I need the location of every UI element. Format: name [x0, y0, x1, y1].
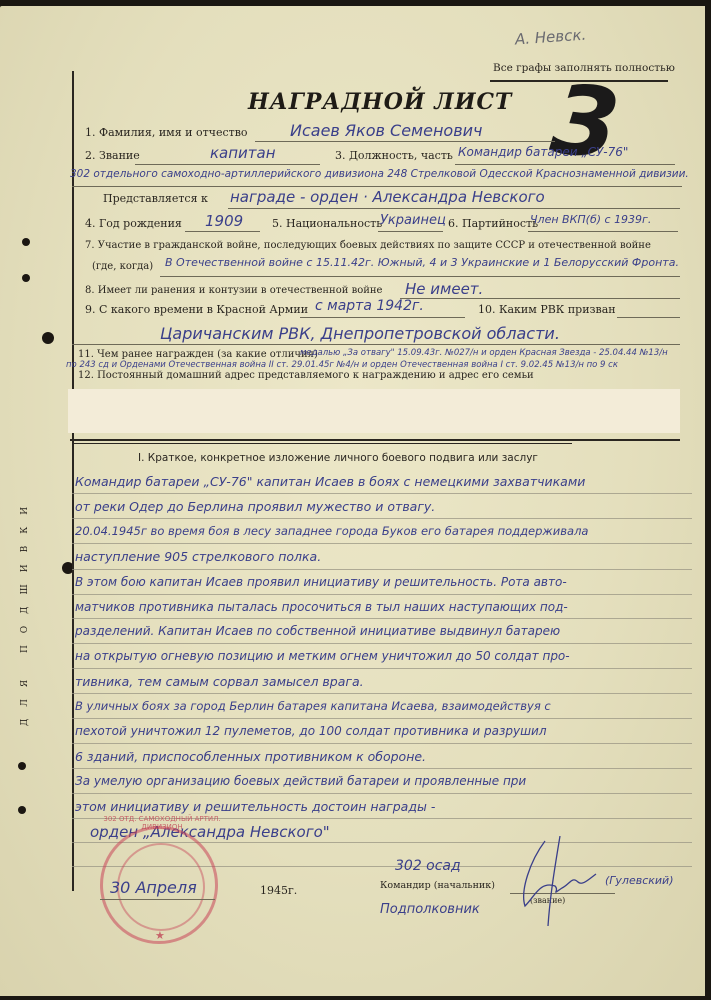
award-sheet-paper: ДЛЯ ПОДШИВКИ А. Невск. Все графы заполня…	[0, 6, 705, 996]
field-2-value: капитан	[210, 144, 276, 162]
field-4-underline	[185, 231, 260, 232]
field-8-value: Не имеет.	[405, 280, 483, 298]
ruled-line	[72, 518, 692, 519]
field-12-label: 12. Постоянный домашний адрес представля…	[78, 370, 534, 381]
ruled-line	[72, 618, 692, 619]
signer-name: (Гулевский)	[605, 874, 674, 887]
section-divider-2	[72, 443, 572, 444]
field-10-label: 10. Каким РВК призван	[478, 303, 616, 316]
narrative-line: разделений. Капитан Исаев по собственной…	[75, 624, 560, 638]
binding-margin-label: ДЛЯ ПОДШИВКИ	[20, 495, 30, 726]
field-10-underline	[617, 317, 680, 318]
seal-text: 302 ОТД. САМОХОДНЫЙ АРТИЛ. ДИВИЗИОН	[97, 815, 227, 831]
field-11-value: медалью „За отвагу" 15.09.43г. №027/н и …	[300, 348, 668, 358]
section-1-heading: I. Краткое, конкретное изложение личного…	[138, 452, 538, 464]
ruled-line	[72, 643, 692, 644]
ruled-line	[72, 768, 692, 769]
ruled-line	[72, 693, 692, 694]
ruled-line	[72, 594, 692, 595]
field-3-cont-underline	[72, 186, 682, 187]
ruled-line	[72, 493, 692, 494]
field-7-label: 7. Участие в гражданской войне, последую…	[85, 240, 651, 251]
narrative-line: пехотой уничтожил 12 пулеметов, до 100 с…	[75, 724, 547, 738]
field-9-label: 9. С какого времени в Красной Армии	[85, 303, 308, 316]
field-9-value: с марта 1942г.	[315, 298, 424, 314]
narrative-line: В уличных боях за город Берлин батарея к…	[75, 699, 551, 713]
document-title: НАГРАДНОЙ ЛИСТ	[248, 89, 512, 115]
ruled-line	[72, 793, 692, 794]
field-10-value: Царичанским РВК, Днепропетровской област…	[160, 324, 560, 343]
field-6-value: Член ВКП(б) с 1939г.	[530, 213, 651, 226]
field-3-underline	[455, 164, 675, 165]
field-2-label: 2. Звание	[85, 149, 140, 162]
field-4-label: 4. Год рождения	[85, 217, 182, 230]
section-divider	[70, 439, 680, 441]
date-day-month: 30 Апреля	[110, 878, 197, 897]
field-11-label: 11. Чем ранее награжден (за какие отличи…	[78, 349, 318, 360]
field-3-unit-value: 302 отдельного самоходно-артиллерийского…	[70, 168, 689, 180]
field-3-label: 3. Должность, часть	[335, 149, 453, 162]
award-underline	[228, 208, 680, 209]
punch-hole	[22, 238, 30, 246]
narrative-line: тивника, тем самым сорвал замысел врага.	[75, 674, 364, 689]
award-label: Представляется к	[103, 192, 208, 205]
field-3-value: Командир батареи „СУ-76"	[458, 145, 628, 159]
field-9-underline	[300, 317, 465, 318]
signer-rank: Подполковник	[380, 902, 480, 917]
punch-hole	[22, 274, 30, 282]
signer-unit: 302 осад	[395, 858, 461, 874]
seal-star-icon: ★	[155, 929, 165, 942]
field-5-value: Украинец	[380, 213, 446, 228]
pencil-note: А. Невск.	[514, 26, 586, 49]
field-7-underline	[160, 276, 680, 277]
field-4-value: 1909	[205, 212, 243, 230]
field-6-label: 6. Партийность	[448, 217, 538, 230]
ruled-line	[72, 543, 692, 544]
narrative-line: матчиков противника пыталась просочиться…	[75, 600, 568, 614]
field-7-label-where: (где, когда)	[92, 261, 153, 272]
field-8-underline	[400, 298, 680, 299]
handwritten-signature	[500, 836, 610, 926]
field-7-value: В Отечественной войне с 15.11.42г. Южный…	[165, 256, 679, 269]
field-1-value: Исаев Яков Семенович	[290, 121, 482, 140]
narrative-line: В этом бою капитан Исаев проявил инициат…	[75, 575, 567, 589]
ruled-line	[72, 668, 692, 669]
narrative-line: 6 зданий, приспособленных противником к …	[75, 749, 426, 764]
narrative-line: наступление 905 стрелкового полка.	[75, 549, 321, 564]
date-year: 1945г.	[260, 884, 297, 897]
date-underline	[100, 899, 215, 900]
ruled-line	[72, 569, 692, 570]
signer-role-label: Командир (начальник)	[380, 880, 495, 891]
narrative-line: За умелую организацию боевых действий ба…	[75, 774, 526, 788]
field-2-underline	[135, 164, 320, 165]
field-6-underline	[528, 231, 678, 232]
field-1-label: 1. Фамилия, имя и отчество	[85, 126, 248, 139]
field-5-underline	[378, 231, 443, 232]
narrative-line: этом инициативу и решительность достоин …	[75, 799, 435, 814]
award-value: награде - орден · Александра Невского	[230, 188, 545, 206]
narrative-line: 20.04.1945г во время боя в лесу западнее…	[75, 524, 588, 538]
field-1-underline	[255, 141, 555, 142]
field-11-value-line2: по 243 сд и Орденами Отечественная война…	[66, 360, 618, 370]
ruled-line	[72, 718, 692, 719]
punch-hole	[42, 332, 54, 344]
field-5-label: 5. Национальность	[272, 217, 382, 230]
narrative-line: Командир батареи „СУ-76" капитан Исаев в…	[75, 474, 585, 489]
punch-hole	[18, 762, 26, 770]
redacted-address-field	[68, 389, 680, 433]
punch-hole	[18, 806, 26, 814]
field-10-cont-underline	[72, 344, 680, 345]
narrative-line: от реки Одер до Берлина проявил мужество…	[75, 499, 435, 514]
narrative-line: на открытую огневую позицию и метким огн…	[75, 649, 570, 663]
ruled-line	[72, 743, 692, 744]
field-8-label: 8. Имеет ли ранения и контузии в отечест…	[85, 285, 382, 296]
